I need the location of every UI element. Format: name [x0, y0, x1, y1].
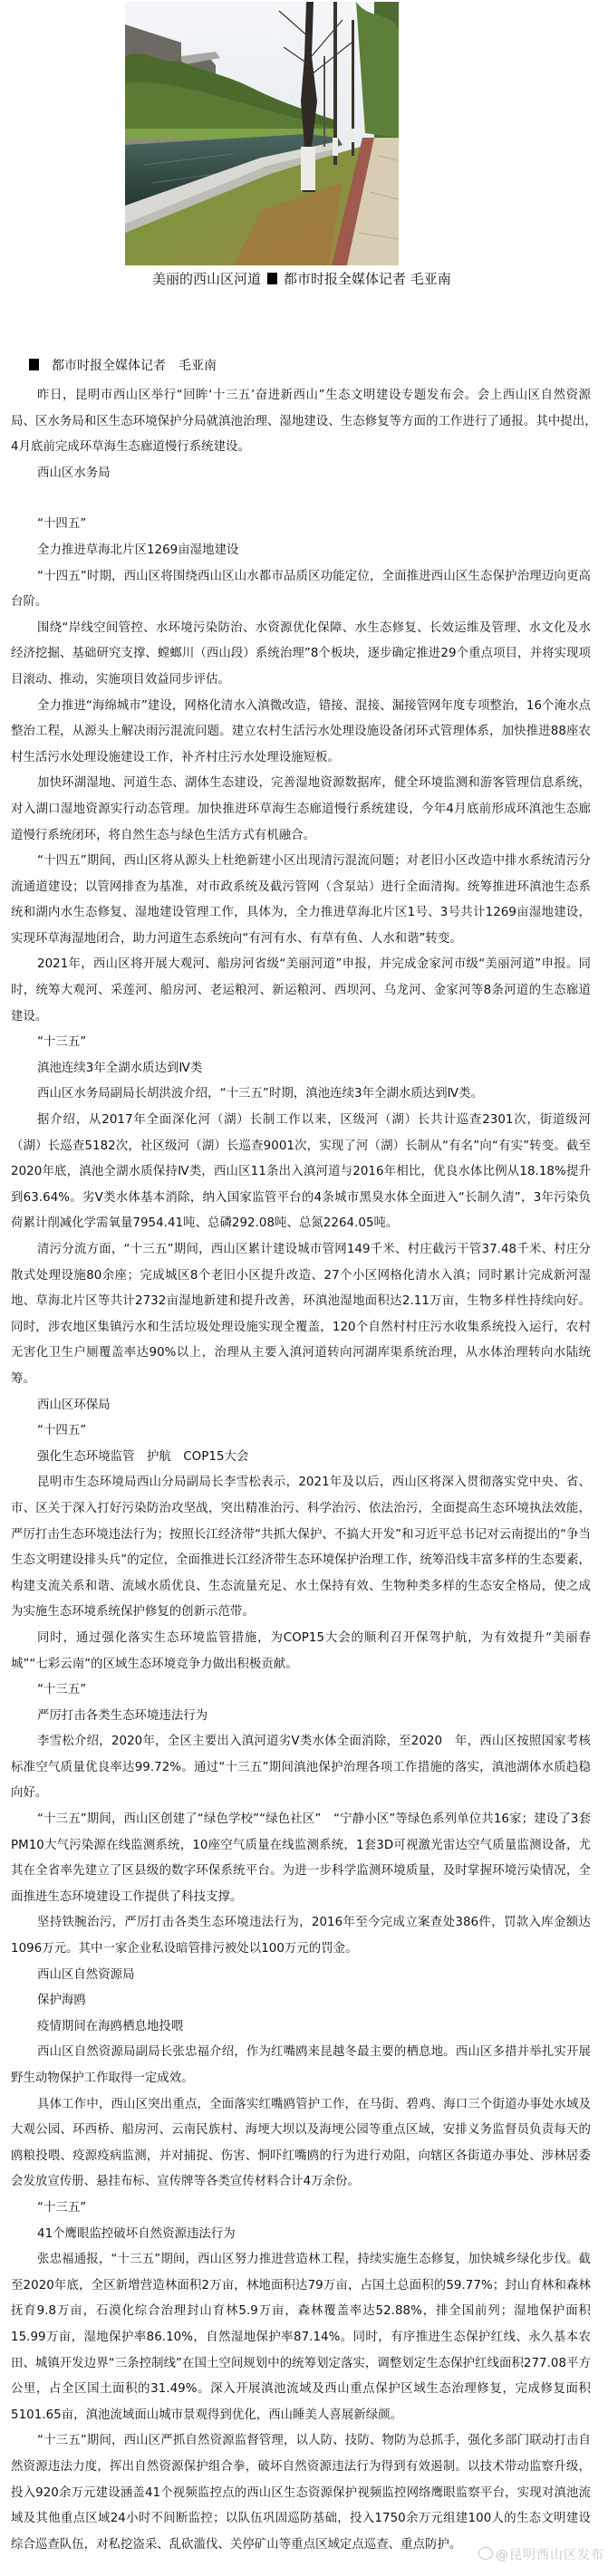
river-photo — [125, 2, 399, 265]
section-heading: 41个鹰眼监控破坏自然资源违法行为 — [11, 2222, 591, 2248]
photo-caption: 美丽的西山区河道都市时报全媒体记者 毛亚南 — [152, 271, 451, 287]
article-paragraph: 清污分流方面，“十三五”期间，西山区累计建设城市管网149千米、村庄截污干管37… — [11, 1237, 591, 1393]
article-paragraph: 具体工作中，西山区突出重点，全面落实红嘴鸥管护工作，在马街、碧鸡、海口三个街道办… — [11, 2092, 591, 2196]
section-heading: 滇池连续3年全湖水质达到Ⅳ类 — [11, 1056, 591, 1082]
article-paragraph: 2021年，西山区将开展大观河、船房河省级“美丽河道”申报，并完成金家河市级“美… — [11, 952, 591, 1030]
article-paragraph: 全力推进“海绵城市”建设，网格化清水入滇微改造，错接、混接、漏接管网年度专项整治… — [11, 694, 591, 772]
article-body: 昨日，昆明市西山区举行“回眸‘十三五’奋进新西山”生态文明建设专题发布会。会上西… — [11, 383, 591, 2558]
photo-section: 美丽的西山区河道都市时报全媒体记者 毛亚南 — [0, 0, 608, 272]
section-heading: “十四五” — [11, 512, 591, 538]
article-paragraph: “十四五”时期，西山区将围绕西山区山水都市品质区功能定位，全面推进西山区生态保护… — [11, 564, 591, 616]
caption-credit: 都市时报全媒体记者 毛亚南 — [284, 271, 451, 287]
article-paragraph: “十四五”期间，西山区将从源头上杜绝新建小区出现清污混流问题；对老旧小区改造中排… — [11, 849, 591, 952]
weibo-logo-icon — [478, 2547, 493, 2560]
section-heading: “十四五” — [11, 1418, 591, 1445]
river-photo-illustration — [125, 2, 399, 265]
article-paragraph: 西山区自然资源局副局长张忠福介绍，作为红嘴鸥来昆越冬最主要的栖息地。西山区多措并… — [11, 2040, 591, 2091]
article-paragraph: 坚持铁腕治污，严厉打击各类生态环境违法行为，2016年至今完成立案查处386件，… — [11, 1910, 591, 1962]
article-paragraph: 李雪松介绍，2020年，全区主要出入滇河道劣Ⅴ类水体全面消除，至2020 年，西… — [11, 1729, 591, 1807]
section-heading: 保护海鸥 — [11, 1988, 591, 2014]
section-heading: 疫情期间在海鸥栖息地投喂 — [11, 2014, 591, 2041]
article-paragraph: 据介绍，从2017年全面深化河（湖）长制工作以来，区级河（湖）长共计巡查2301… — [11, 1108, 591, 1237]
article-paragraph: 昆明市生态环境局西山分局副局长李雪松表示，2021年及以后，西山区将深入贯彻落实… — [11, 1470, 591, 1626]
section-heading: 西山区环保局 — [11, 1393, 591, 1419]
caption-title: 美丽的西山区河道 — [152, 271, 261, 287]
section-heading: “十三五” — [11, 2196, 591, 2222]
square-bullet-icon — [29, 359, 39, 370]
section-heading: 西山区自然资源局 — [11, 1963, 591, 1989]
article-paragraph: 西山区水务局副局长胡洪波介绍，“十三五”时期，滇池连续3年全湖水质达到Ⅳ类。 — [11, 1081, 591, 1108]
weibo-watermark: @昆明西山区发布 — [478, 2545, 604, 2563]
reporter-name: 毛亚南 — [179, 359, 217, 373]
section-heading: 西山区水务局 — [11, 461, 591, 487]
section-heading: 全力推进草海北片区1269亩湿地建设 — [11, 538, 591, 564]
section-heading: 强化生态环境监管 护航 COP15大会 — [11, 1445, 591, 1471]
reporter-label: 都市时报全媒体记者 — [52, 359, 166, 373]
section-heading: “十三五” — [11, 1677, 591, 1704]
article-paragraph: 围绕“岸线空间管控、水环境污染防治、水资源优化保障、水生态修复、长效运维及管理、… — [11, 616, 591, 694]
square-bullet-icon — [267, 273, 277, 284]
section-heading: 严厉打击各类生态环境违法行为 — [11, 1704, 591, 1730]
watermark-text: @昆明西山区发布 — [496, 2548, 604, 2562]
article-paragraph: 同时，通过强化落实生态环境监管措施，为COP15大会的顺利召开保驾护航，为有效提… — [11, 1626, 591, 1677]
article-paragraph: “十三五”期间，西山区严抓自然资源监督管理，以人防、技防、物防为总抓手，强化多部… — [11, 2428, 591, 2558]
article-byline: 都市时报全媒体记者毛亚南 — [27, 357, 217, 375]
article-paragraph: 张忠福通报，“十三五”期间，西山区努力推进营造林工程，持续实施生态修复，加快城乡… — [11, 2247, 591, 2428]
article-paragraph: “十三五”期间，西山区创建了“绿色学校”“绿色社区” “宁静小区”等绿色系列单位… — [11, 1807, 591, 1910]
article-paragraph: 加快环湖湿地、河道生态、湖体生态建设，完善湿地资源数据库，健全环境监测和游客管理… — [11, 771, 591, 849]
article-paragraph: 昨日，昆明市西山区举行“回眸‘十三五’奋进新西山”生态文明建设专题发布会。会上西… — [11, 383, 591, 461]
section-heading: “十三五” — [11, 1030, 591, 1056]
